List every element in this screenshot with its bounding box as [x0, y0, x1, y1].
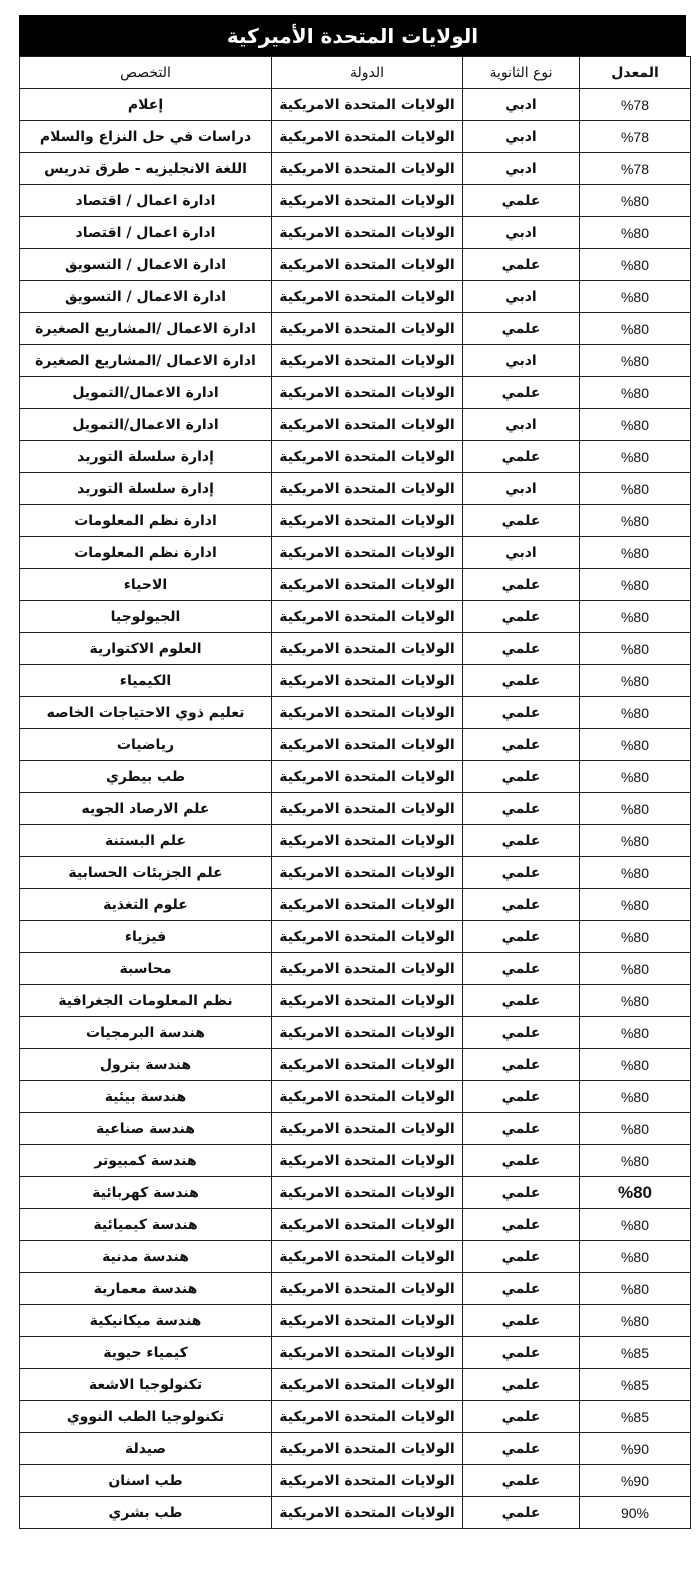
secondary-type-cell: ادبي — [463, 153, 580, 185]
table-row: نظم المعلومات الجغرافيةالولايات المتحدة … — [20, 985, 691, 1017]
table-row: علم الارصاد الجويهالولايات المتحدة الامر… — [20, 793, 691, 825]
table-row: الاحياءالولايات المتحدة الامريكيةعلمي%80 — [20, 569, 691, 601]
table-row: فيزياءالولايات المتحدة الامريكيةعلمي%80 — [20, 921, 691, 953]
major-cell: اللغة الانجليزيه - طرق تدريس — [20, 153, 272, 185]
table-row: هندسة صناعيةالولايات المتحدة الامريكيةعل… — [20, 1113, 691, 1145]
score-cell: %80 — [580, 1049, 691, 1081]
table-row: هندسة كيميائيةالولايات المتحدة الامريكية… — [20, 1209, 691, 1241]
score-cell: %80 — [580, 377, 691, 409]
score-cell: %78 — [580, 89, 691, 121]
country-cell: الولايات المتحدة الامريكية — [272, 1433, 463, 1465]
table-row: رياضياتالولايات المتحدة الامريكيةعلمي%80 — [20, 729, 691, 761]
country-cell: الولايات المتحدة الامريكية — [272, 1337, 463, 1369]
secondary-type-cell: علمي — [463, 633, 580, 665]
score-cell: %78 — [580, 153, 691, 185]
table-row: ادارة الاعمال/التمويلالولايات المتحدة ال… — [20, 409, 691, 441]
score-cell: %78 — [580, 121, 691, 153]
score-cell: %80 — [580, 665, 691, 697]
header-row: التخصص الدولة نوع الثانوية المعدل — [20, 57, 691, 89]
secondary-type-cell: علمي — [463, 857, 580, 889]
major-cell: ادارة الاعمال / التسويق — [20, 249, 272, 281]
major-cell: هندسة مدنية — [20, 1241, 272, 1273]
score-cell: %80 — [580, 1241, 691, 1273]
major-cell: رياضيات — [20, 729, 272, 761]
country-cell: الولايات المتحدة الامريكية — [272, 1241, 463, 1273]
secondary-type-cell: ادبي — [463, 345, 580, 377]
major-cell: نظم المعلومات الجغرافية — [20, 985, 272, 1017]
score-cell: %80 — [580, 1113, 691, 1145]
table-row: ادارة نظم المعلوماتالولايات المتحدة الام… — [20, 537, 691, 569]
country-cell: الولايات المتحدة الامريكية — [272, 1369, 463, 1401]
major-cell: الجيولوجيا — [20, 601, 272, 633]
table-row: هندسة بيئيةالولايات المتحدة الامريكيةعلم… — [20, 1081, 691, 1113]
major-cell: العلوم الاكتوارية — [20, 633, 272, 665]
major-cell: هندسة صناعية — [20, 1113, 272, 1145]
country-cell: الولايات المتحدة الامريكية — [272, 1145, 463, 1177]
country-cell: الولايات المتحدة الامريكية — [272, 1209, 463, 1241]
major-cell: طب بشري — [20, 1497, 272, 1529]
score-cell: %80 — [580, 729, 691, 761]
score-cell: %80 — [580, 857, 691, 889]
secondary-type-cell: علمي — [463, 1017, 580, 1049]
table-row: تكنولوجيا الطب النوويالولايات المتحدة ال… — [20, 1401, 691, 1433]
country-cell: الولايات المتحدة الامريكية — [272, 1465, 463, 1497]
table-row: هندسة مدنيةالولايات المتحدة الامريكيةعلم… — [20, 1241, 691, 1273]
table-row: هندسة كهربائيةالولايات المتحدة الامريكية… — [20, 1177, 691, 1209]
secondary-type-cell: علمي — [463, 1465, 580, 1497]
score-cell: %80 — [580, 409, 691, 441]
score-cell: %85 — [580, 1337, 691, 1369]
secondary-type-cell: علمي — [463, 1305, 580, 1337]
major-cell: طب بيطري — [20, 761, 272, 793]
score-cell: %90 — [580, 1433, 691, 1465]
score-cell: %80 — [580, 697, 691, 729]
score-cell: %80 — [580, 953, 691, 985]
table-row: تعليم ذوي الاحتياجات الخاصهالولايات المت… — [20, 697, 691, 729]
major-cell: إدارة سلسلة التوريد — [20, 441, 272, 473]
country-cell: الولايات المتحدة الامريكية — [272, 409, 463, 441]
score-cell: %80 — [580, 761, 691, 793]
secondary-type-cell: علمي — [463, 313, 580, 345]
table-row: هندسة معماريةالولايات المتحدة الامريكيةع… — [20, 1273, 691, 1305]
secondary-type-cell: علمي — [463, 793, 580, 825]
score-cell: %80 — [580, 345, 691, 377]
secondary-type-cell: ادبي — [463, 537, 580, 569]
major-cell: علم الجزيئات الحسابية — [20, 857, 272, 889]
major-cell: هندسة البرمجيات — [20, 1017, 272, 1049]
country-cell: الولايات المتحدة الامريكية — [272, 985, 463, 1017]
country-cell: الولايات المتحدة الامريكية — [272, 921, 463, 953]
secondary-type-cell: علمي — [463, 185, 580, 217]
score-cell: %80 — [580, 1017, 691, 1049]
country-cell: الولايات المتحدة الامريكية — [272, 313, 463, 345]
score-cell: %90 — [580, 1465, 691, 1497]
major-cell: كيمياء حيوية — [20, 1337, 272, 1369]
score-cell: %80 — [580, 825, 691, 857]
table-row: ادارة الاعمال /المشاريع الصغيرةالولايات … — [20, 313, 691, 345]
table-title: الولايات المتحدة الأميركية — [19, 15, 686, 56]
country-cell: الولايات المتحدة الامريكية — [272, 697, 463, 729]
score-cell: %80 — [580, 569, 691, 601]
secondary-type-cell: علمي — [463, 921, 580, 953]
secondary-type-cell: ادبي — [463, 281, 580, 313]
country-cell: الولايات المتحدة الامريكية — [272, 537, 463, 569]
country-cell: الولايات المتحدة الامريكية — [272, 729, 463, 761]
secondary-type-cell: علمي — [463, 1497, 580, 1529]
secondary-type-cell: علمي — [463, 1145, 580, 1177]
country-cell: الولايات المتحدة الامريكية — [272, 1017, 463, 1049]
table-row: هندسة بترولالولايات المتحدة الامريكيةعلم… — [20, 1049, 691, 1081]
score-cell: %80 — [580, 473, 691, 505]
secondary-type-cell: علمي — [463, 697, 580, 729]
secondary-type-cell: علمي — [463, 601, 580, 633]
major-cell: هندسة كمبيوتر — [20, 1145, 272, 1177]
score-cell: %80 — [580, 793, 691, 825]
major-cell: صيدلة — [20, 1433, 272, 1465]
country-cell: الولايات المتحدة الامريكية — [272, 505, 463, 537]
secondary-type-cell: علمي — [463, 1337, 580, 1369]
major-cell: هندسة كهربائية — [20, 1177, 272, 1209]
score-cell: %80 — [580, 1209, 691, 1241]
country-cell: الولايات المتحدة الامريكية — [272, 1177, 463, 1209]
score-cell: %80 — [580, 1177, 691, 1209]
major-cell: ادارة اعمال / اقتصاد — [20, 185, 272, 217]
secondary-type-cell: علمي — [463, 1433, 580, 1465]
secondary-type-cell: علمي — [463, 825, 580, 857]
table-row: محاسبةالولايات المتحدة الامريكيةعلمي%80 — [20, 953, 691, 985]
secondary-type-cell: علمي — [463, 953, 580, 985]
secondary-type-cell: ادبي — [463, 473, 580, 505]
table-row: ادارة الاعمال/التمويلالولايات المتحدة ال… — [20, 377, 691, 409]
secondary-type-cell: ادبي — [463, 89, 580, 121]
table-row: كيمياء حيويةالولايات المتحدة الامريكيةعل… — [20, 1337, 691, 1369]
country-cell: الولايات المتحدة الامريكية — [272, 1497, 463, 1529]
table-row: ادارة الاعمال /المشاريع الصغيرةالولايات … — [20, 345, 691, 377]
table-row: ادارة الاعمال / التسويقالولايات المتحدة … — [20, 249, 691, 281]
major-cell: علم البستنة — [20, 825, 272, 857]
header-major: التخصص — [20, 57, 272, 89]
major-cell: هندسة معمارية — [20, 1273, 272, 1305]
secondary-type-cell: ادبي — [463, 121, 580, 153]
country-cell: الولايات المتحدة الامريكية — [272, 89, 463, 121]
secondary-type-cell: علمي — [463, 1049, 580, 1081]
country-cell: الولايات المتحدة الامريكية — [272, 633, 463, 665]
country-cell: الولايات المتحدة الامريكية — [272, 217, 463, 249]
country-cell: الولايات المتحدة الامريكية — [272, 153, 463, 185]
table-row: ادارة نظم المعلوماتالولايات المتحدة الام… — [20, 505, 691, 537]
score-cell: %80 — [580, 185, 691, 217]
secondary-type-cell: علمي — [463, 569, 580, 601]
country-cell: الولايات المتحدة الامريكية — [272, 1401, 463, 1433]
country-cell: الولايات المتحدة الامريكية — [272, 249, 463, 281]
secondary-type-cell: علمي — [463, 377, 580, 409]
country-cell: الولايات المتحدة الامريكية — [272, 121, 463, 153]
table-row: إدارة سلسلة التوريدالولايات المتحدة الام… — [20, 441, 691, 473]
table-row: العلوم الاكتواريةالولايات المتحدة الامري… — [20, 633, 691, 665]
country-cell: الولايات المتحدة الامريكية — [272, 1049, 463, 1081]
country-cell: الولايات المتحدة الامريكية — [272, 857, 463, 889]
secondary-type-cell: علمي — [463, 1177, 580, 1209]
score-cell: %80 — [580, 1145, 691, 1177]
header-secondary-type: نوع الثانوية — [463, 57, 580, 89]
table-row: ادارة الاعمال / التسويقالولايات المتحدة … — [20, 281, 691, 313]
secondary-type-cell: ادبي — [463, 217, 580, 249]
major-cell: تعليم ذوي الاحتياجات الخاصه — [20, 697, 272, 729]
country-cell: الولايات المتحدة الامريكية — [272, 473, 463, 505]
score-cell: 90% — [580, 1497, 691, 1529]
country-cell: الولايات المتحدة الامريكية — [272, 281, 463, 313]
table-row: اللغة الانجليزيه - طرق تدريسالولايات الم… — [20, 153, 691, 185]
table-row: تكنولوجيا الاشعةالولايات المتحدة الامريك… — [20, 1369, 691, 1401]
score-cell: %80 — [580, 1273, 691, 1305]
major-cell: ادارة الاعمال/التمويل — [20, 409, 272, 441]
country-cell: الولايات المتحدة الامريكية — [272, 1081, 463, 1113]
country-cell: الولايات المتحدة الامريكية — [272, 825, 463, 857]
table-row: طب بيطريالولايات المتحدة الامريكيةعلمي%8… — [20, 761, 691, 793]
major-cell: هندسة بيئية — [20, 1081, 272, 1113]
table-row: صيدلةالولايات المتحدة الامريكيةعلمي%90 — [20, 1433, 691, 1465]
table-row: هندسة كمبيوترالولايات المتحدة الامريكيةع… — [20, 1145, 691, 1177]
country-cell: الولايات المتحدة الامريكية — [272, 377, 463, 409]
table-body: إعلامالولايات المتحدة الامريكيةادبي%78در… — [20, 89, 691, 1529]
admission-table-sheet: الولايات المتحدة الأميركية التخصص الدولة… — [19, 15, 686, 1529]
major-cell: ادارة الاعمال/التمويل — [20, 377, 272, 409]
country-cell: الولايات المتحدة الامريكية — [272, 1273, 463, 1305]
major-cell: دراسات في حل النزاع والسلام — [20, 121, 272, 153]
major-cell: طب اسنان — [20, 1465, 272, 1497]
country-cell: الولايات المتحدة الامريكية — [272, 569, 463, 601]
major-cell: محاسبة — [20, 953, 272, 985]
secondary-type-cell: علمي — [463, 889, 580, 921]
secondary-type-cell: علمي — [463, 1369, 580, 1401]
country-cell: الولايات المتحدة الامريكية — [272, 665, 463, 697]
major-cell: علم الارصاد الجويه — [20, 793, 272, 825]
secondary-type-cell: علمي — [463, 761, 580, 793]
major-cell: ادارة الاعمال /المشاريع الصغيرة — [20, 313, 272, 345]
score-cell: %80 — [580, 281, 691, 313]
table-row: هندسة ميكانيكيةالولايات المتحدة الامريكي… — [20, 1305, 691, 1337]
score-cell: %85 — [580, 1401, 691, 1433]
country-cell: الولايات المتحدة الامريكية — [272, 793, 463, 825]
score-cell: %80 — [580, 985, 691, 1017]
score-cell: %80 — [580, 313, 691, 345]
table-row: هندسة البرمجياتالولايات المتحدة الامريكي… — [20, 1017, 691, 1049]
secondary-type-cell: علمي — [463, 505, 580, 537]
country-cell: الولايات المتحدة الامريكية — [272, 601, 463, 633]
secondary-type-cell: علمي — [463, 249, 580, 281]
table-row: إعلامالولايات المتحدة الامريكيةادبي%78 — [20, 89, 691, 121]
major-cell: ادارة نظم المعلومات — [20, 537, 272, 569]
score-cell: %80 — [580, 441, 691, 473]
secondary-type-cell: ادبي — [463, 409, 580, 441]
score-cell: %80 — [580, 921, 691, 953]
major-cell: تكنولوجيا الطب النووي — [20, 1401, 272, 1433]
majors-table: التخصص الدولة نوع الثانوية المعدل إعلاما… — [19, 56, 691, 1529]
country-cell: الولايات المتحدة الامريكية — [272, 185, 463, 217]
major-cell: ادارة اعمال / اقتصاد — [20, 217, 272, 249]
score-cell: %80 — [580, 1305, 691, 1337]
table-row: ادارة اعمال / اقتصادالولايات المتحدة الا… — [20, 185, 691, 217]
country-cell: الولايات المتحدة الامريكية — [272, 1113, 463, 1145]
secondary-type-cell: علمي — [463, 665, 580, 697]
score-cell: %80 — [580, 601, 691, 633]
country-cell: الولايات المتحدة الامريكية — [272, 345, 463, 377]
major-cell: الاحياء — [20, 569, 272, 601]
major-cell: ادارة الاعمال /المشاريع الصغيرة — [20, 345, 272, 377]
table-row: علم الجزيئات الحسابيةالولايات المتحدة ال… — [20, 857, 691, 889]
major-cell: إدارة سلسلة التوريد — [20, 473, 272, 505]
score-cell: %80 — [580, 537, 691, 569]
score-cell: %80 — [580, 889, 691, 921]
table-row: علوم التغذيةالولايات المتحدة الامريكيةعل… — [20, 889, 691, 921]
table-row: علم البستنةالولايات المتحدة الامريكيةعلم… — [20, 825, 691, 857]
major-cell: ادارة نظم المعلومات — [20, 505, 272, 537]
secondary-type-cell: علمي — [463, 1273, 580, 1305]
table-row: دراسات في حل النزاع والسلامالولايات المت… — [20, 121, 691, 153]
score-cell: %85 — [580, 1369, 691, 1401]
score-cell: %80 — [580, 217, 691, 249]
major-cell: تكنولوجيا الاشعة — [20, 1369, 272, 1401]
secondary-type-cell: علمي — [463, 729, 580, 761]
score-cell: %80 — [580, 505, 691, 537]
secondary-type-cell: علمي — [463, 985, 580, 1017]
major-cell: فيزياء — [20, 921, 272, 953]
table-row: الكيمياءالولايات المتحدة الامريكيةعلمي%8… — [20, 665, 691, 697]
major-cell: هندسة بترول — [20, 1049, 272, 1081]
header-score: المعدل — [580, 57, 691, 89]
score-cell: %80 — [580, 249, 691, 281]
secondary-type-cell: علمي — [463, 1113, 580, 1145]
secondary-type-cell: علمي — [463, 1401, 580, 1433]
major-cell: هندسة ميكانيكية — [20, 1305, 272, 1337]
table-row: إدارة سلسلة التوريدالولايات المتحدة الام… — [20, 473, 691, 505]
header-country: الدولة — [272, 57, 463, 89]
table-row: ادارة اعمال / اقتصادالولايات المتحدة الا… — [20, 217, 691, 249]
major-cell: علوم التغذية — [20, 889, 272, 921]
country-cell: الولايات المتحدة الامريكية — [272, 953, 463, 985]
secondary-type-cell: علمي — [463, 1241, 580, 1273]
secondary-type-cell: علمي — [463, 441, 580, 473]
secondary-type-cell: علمي — [463, 1081, 580, 1113]
table-row: طب بشريالولايات المتحدة الامريكيةعلمي90% — [20, 1497, 691, 1529]
score-cell: %80 — [580, 1081, 691, 1113]
major-cell: إعلام — [20, 89, 272, 121]
country-cell: الولايات المتحدة الامريكية — [272, 1305, 463, 1337]
score-cell: %80 — [580, 633, 691, 665]
country-cell: الولايات المتحدة الامريكية — [272, 761, 463, 793]
table-row: الجيولوجياالولايات المتحدة الامريكيةعلمي… — [20, 601, 691, 633]
country-cell: الولايات المتحدة الامريكية — [272, 441, 463, 473]
major-cell: هندسة كيميائية — [20, 1209, 272, 1241]
major-cell: الكيمياء — [20, 665, 272, 697]
major-cell: ادارة الاعمال / التسويق — [20, 281, 272, 313]
country-cell: الولايات المتحدة الامريكية — [272, 889, 463, 921]
secondary-type-cell: علمي — [463, 1209, 580, 1241]
table-row: طب اسنانالولايات المتحدة الامريكيةعلمي%9… — [20, 1465, 691, 1497]
